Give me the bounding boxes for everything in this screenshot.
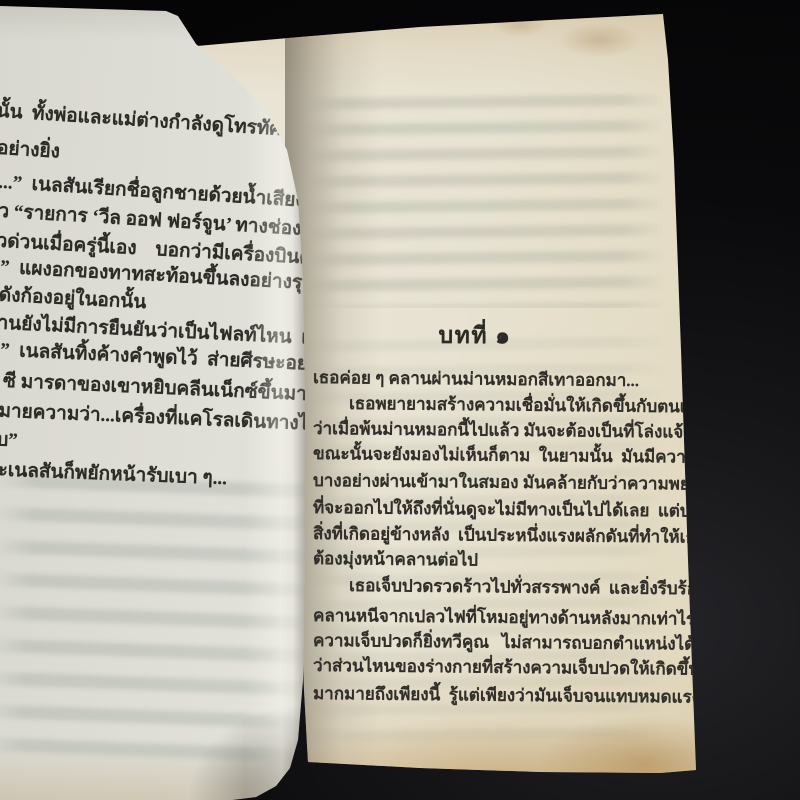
- right-page-line: ขณะนั้นจะยังมองไม่เห็นก็ตาม ในยามนั้น มั…: [313, 440, 720, 471]
- right-page-line: เธอเจ็บปวดรวดร้าวไปทั่วสรรพางค์ และยิ่งร…: [349, 572, 709, 602]
- right-page-line: ต้องมุ่งหน้าคลานต่อไป: [313, 545, 478, 574]
- chapter-title: บทที่ ๑: [304, 317, 646, 355]
- open-book-photo: บทที่ ๑ เธอค่อย ๆ คลานผ่านม่านหมอกสีเทาอ…: [0, 0, 800, 800]
- left-page-line: รับ”: [0, 424, 18, 455]
- right-page-line: ว่าส่วนไหนของร่างกายที่สร้างความเจ็บปวดใ…: [313, 652, 738, 683]
- right-page-line: บางอย่างผ่านเข้ามาในสมอง มันคล้ายกับว่าค…: [313, 467, 730, 498]
- right-page-showthrough-top: [305, 88, 665, 308]
- left-page-line: จอย่างยิ่ง: [0, 132, 61, 167]
- right-page-line: มากมายถึงเพียงนี้ รู้แต่เพียงว่ามันเจ็บจ…: [313, 680, 700, 711]
